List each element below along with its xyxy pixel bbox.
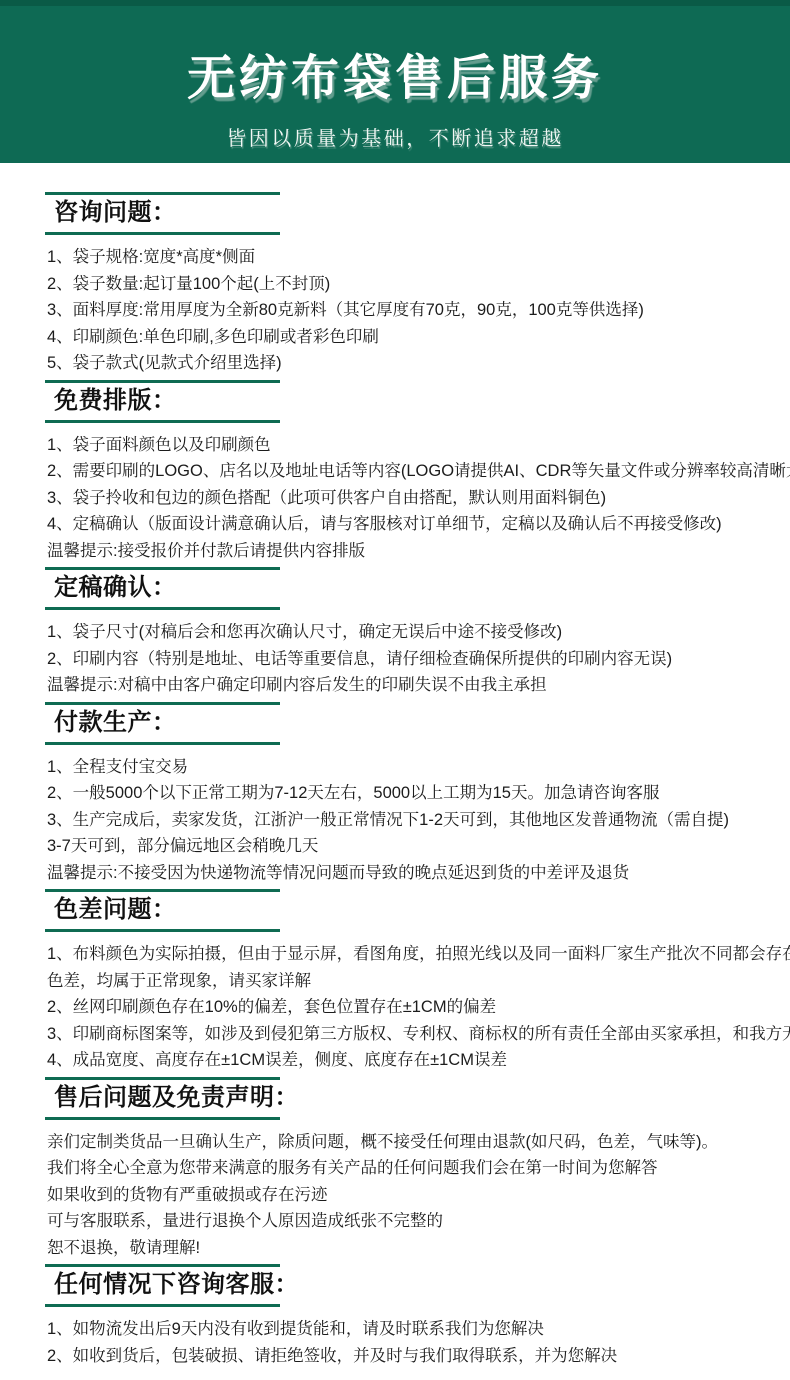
- section-color-difference: 色差问题： 1、布料颜色为实际拍摄，但由于显示屏，看图角度，拍照光线以及同一面料…: [47, 889, 790, 1074]
- text-line: 我们将全心全意为您带来满意的服务有关产品的任何问题我们会在第一时间为您解答: [47, 1155, 790, 1182]
- text-line: 4、成品宽度、高度存在±1CM误差，侧度、底度存在±1CM误差: [47, 1047, 790, 1074]
- section-inquiry: 咨询问题： 1、袋子规格:宽度*高度*侧面2、袋子数量:起订量100个起(上不封…: [47, 163, 790, 377]
- section-aftersale-disclaimer: 售后问题及免责声明： 亲们定制类货品一旦确认生产，除质问题，概不接受任何理由退款…: [47, 1077, 790, 1262]
- heading-rule-bottom: [45, 742, 280, 745]
- heading-rule-bottom: [45, 1117, 280, 1120]
- heading-rule-bottom: [45, 607, 280, 610]
- text-line: 4、印刷颜色:单色印刷,多色印刷或者彩色印刷: [47, 324, 790, 351]
- text-line: 3-7天可到，部分偏远地区会稍晚几天: [47, 833, 790, 860]
- text-line: 温馨提示:接受报价并付款后请提供内容排版: [47, 538, 790, 565]
- text-line: 如果收到的货物有严重破损或存在污迹: [47, 1182, 790, 1209]
- section-title: 售后问题及免责声明：: [54, 1084, 790, 1112]
- section-contact-service: 任何情况下咨询客服： 1、如物流发出后9天内没有收到提货能和，请及时联系我们为您…: [47, 1264, 790, 1369]
- section-lines: 1、袋子规格:宽度*高度*侧面2、袋子数量:起订量100个起(上不封顶)3、面料…: [47, 244, 790, 377]
- text-line: 1、袋子尺寸(对稿后会和您再次确认尺寸，确定无误后中途不接受修改): [47, 619, 790, 646]
- heading-rule-top: [45, 567, 280, 570]
- section-title: 咨询问题：: [54, 199, 790, 227]
- heading-rule-bottom: [45, 232, 280, 235]
- section-payment-production: 付款生产： 1、全程支付宝交易2、一般5000个以下正常工期为7-12天左右，5…: [47, 702, 790, 887]
- section-lines: 1、布料颜色为实际拍摄，但由于显示屏，看图角度，拍照光线以及同一面料厂家生产批次…: [47, 941, 790, 1074]
- text-line: 恕不退换，敬请理解!: [47, 1235, 790, 1262]
- heading-rule-bottom: [45, 420, 280, 423]
- section-lines: 1、如物流发出后9天内没有收到提货能和，请及时联系我们为您解决2、如收到货后，包…: [47, 1316, 790, 1369]
- text-line: 2、袋子数量:起订量100个起(上不封顶): [47, 271, 790, 298]
- section-lines: 1、袋子尺寸(对稿后会和您再次确认尺寸，确定无误后中途不接受修改)2、印刷内容（…: [47, 619, 790, 699]
- text-line: 3、面料厚度:常用厚度为全新80克新料（其它厚度有70克，90克，100克等供选…: [47, 297, 790, 324]
- heading-rule-top: [45, 889, 280, 892]
- text-line: 1、袋子规格:宽度*高度*侧面: [47, 244, 790, 271]
- section-free-layout: 免费排版： 1、袋子面料颜色以及印刷颜色2、需要印刷的LOGO、店名以及地址电话…: [47, 380, 790, 565]
- text-line: 4、定稿确认（版面设计满意确认后，请与客服核对订单细节，定稿以及确认后不再接受修…: [47, 511, 790, 538]
- page-title: 无纺布袋售后服务: [0, 6, 790, 108]
- text-line: 2、如收到货后，包装破损、请拒绝签收，并及时与我们取得联系，并为您解决: [47, 1343, 790, 1370]
- banner: 无纺布袋售后服务 皆因以质量为基础，不断追求超越: [0, 0, 790, 163]
- heading-rule-top: [45, 1264, 280, 1267]
- text-line: 可与客服联系，量进行退换个人原因造成纸张不完整的: [47, 1208, 790, 1235]
- text-line: 1、布料颜色为实际拍摄，但由于显示屏，看图角度，拍照光线以及同一面料厂家生产批次…: [47, 941, 790, 968]
- section-title: 定稿确认：: [54, 574, 790, 602]
- text-line: 2、丝网印刷颜色存在10%的偏差，套色位置存在±1CM的偏差: [47, 994, 790, 1021]
- text-line: 1、袋子面料颜色以及印刷颜色: [47, 432, 790, 459]
- text-line: 温馨提示:不接受因为快递物流等情况问题而导致的晚点延迟到货的中差评及退货: [47, 860, 790, 887]
- text-line: 3、印刷商标图案等，如涉及到侵犯第三方版权、专利权、商标权的所有责任全部由买家承…: [47, 1021, 790, 1048]
- section-title: 任何情况下咨询客服：: [54, 1271, 790, 1299]
- text-line: 1、全程支付宝交易: [47, 754, 790, 781]
- heading-rule-top: [45, 192, 280, 195]
- text-line: 2、需要印刷的LOGO、店名以及地址电话等内容(LOGO请提供AI、CDR等矢量…: [47, 458, 790, 485]
- section-title: 免费排版：: [54, 387, 790, 415]
- text-line: 亲们定制类货品一旦确认生产，除质问题，概不接受任何理由退款(如尺码，色差，气味等…: [47, 1129, 790, 1156]
- text-line: 色差，均属于正常现象，请买家详解: [47, 968, 790, 995]
- section-title: 色差问题：: [54, 896, 790, 924]
- text-line: 3、袋子拎收和包边的颜色搭配（此项可供客户自由搭配，默认则用面料铜色): [47, 485, 790, 512]
- text-line: 温馨提示:对稿中由客户确定印刷内容后发生的印刷失误不由我主承担: [47, 672, 790, 699]
- section-proof-confirm: 定稿确认： 1、袋子尺寸(对稿后会和您再次确认尺寸，确定无误后中途不接受修改)2…: [47, 567, 790, 699]
- section-lines: 1、全程支付宝交易2、一般5000个以下正常工期为7-12天左右，5000以上工…: [47, 754, 790, 887]
- text-line: 1、如物流发出后9天内没有收到提货能和，请及时联系我们为您解决: [47, 1316, 790, 1343]
- section-lines: 1、袋子面料颜色以及印刷颜色2、需要印刷的LOGO、店名以及地址电话等内容(LO…: [47, 432, 790, 565]
- heading-rule-bottom: [45, 929, 280, 932]
- heading-rule-top: [45, 1077, 280, 1080]
- heading-rule-bottom: [45, 1304, 280, 1307]
- section-title: 付款生产：: [54, 709, 790, 737]
- heading-rule-top: [45, 702, 280, 705]
- text-line: 3、生产完成后，卖家发货，江浙沪一般正常情况下1-2天可到，其他地区发普通物流（…: [47, 807, 790, 834]
- text-line: 5、袋子款式(见款式介绍里选择): [47, 350, 790, 377]
- service-terms-content: 咨询问题： 1、袋子规格:宽度*高度*侧面2、袋子数量:起订量100个起(上不封…: [0, 163, 790, 1369]
- text-line: 2、印刷内容（特别是地址、电话等重要信息，请仔细检查确保所提供的印刷内容无误): [47, 646, 790, 673]
- heading-rule-top: [45, 380, 280, 383]
- page-subtitle: 皆因以质量为基础，不断追求超越: [0, 108, 790, 151]
- text-line: 2、一般5000个以下正常工期为7-12天左右，5000以上工期为15天。加急请…: [47, 780, 790, 807]
- section-lines: 亲们定制类货品一旦确认生产，除质问题，概不接受任何理由退款(如尺码，色差，气味等…: [47, 1129, 790, 1262]
